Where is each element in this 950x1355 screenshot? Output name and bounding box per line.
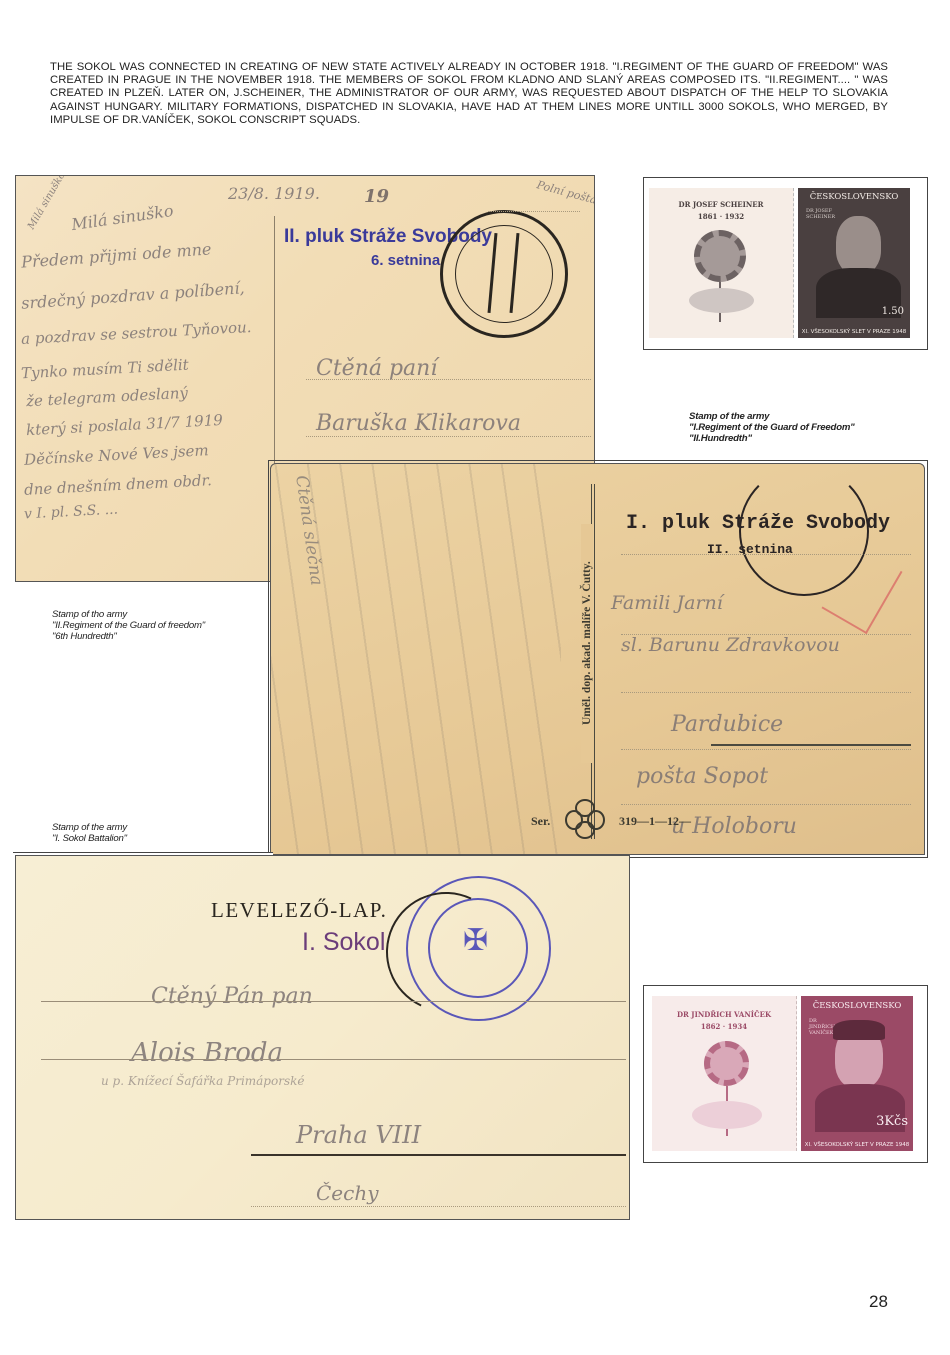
army-stamp-line1: I. Sokol (302, 928, 385, 957)
address-line: u p. Knížecí Šafářka Primáporské (101, 1074, 304, 1088)
message-line: srdečný pozdrav a políbení, (21, 278, 246, 313)
message-line: Předem přijmi ode mne (21, 239, 212, 271)
stamp-jindrich-vanicek: ČESKOSLOVENSKO DR JINDŘICH VANÍČEK 3Kčs … (801, 996, 913, 1151)
stamp-tab: DR JOSEF SCHEINER 1861 · 1932 (649, 188, 794, 338)
army-stamp-line2: 6. setnina (371, 252, 440, 269)
postcard-sokol-battalion: LEVELEZŐ-LAP. I. Sokol ✠ Ctěný Pán pan A… (15, 855, 630, 1220)
stamp-frame-vanicek: DR JINDŘICH VANÍČEK 1862 · 1934 ČESKOSLO… (643, 985, 928, 1163)
address-line: Praha VIII (296, 1121, 421, 1149)
printer-credit: Uměl. dop. akad. malíře V. Čutty. (581, 524, 593, 763)
address-line: Ctěný Pán pan (151, 984, 313, 1009)
cloverleaf-logo-icon (565, 799, 605, 839)
caption-sokol-battalion: Stamp of the army "I. Sokol Battalion" (52, 822, 127, 844)
postcard-i-regiment: Ctěná slečna Uměl. dop. akad. malíře V. … (270, 463, 925, 855)
stamp-tab: DR JINDŘICH VANÍČEK 1862 · 1934 (652, 996, 797, 1151)
caption-i-regiment: Stamp of the army "I.Regiment of the Gua… (689, 411, 855, 444)
stamp-frame-scheiner: DR JOSEF SCHEINER 1861 · 1932 ČESKOSLOVE… (643, 177, 928, 350)
corner-note: Polní pošta (535, 178, 595, 206)
series-label: Ser. (531, 814, 550, 829)
intro-paragraph: THE SOKOL WAS CONNECTED IN CREATING OF N… (50, 61, 888, 127)
message-line: v I. pl. S.S. ... (24, 502, 119, 523)
address-line: pošta Sopot (636, 764, 768, 789)
address-line: Pardubice (671, 712, 783, 737)
message-line: Milá sinuško (70, 201, 174, 234)
sunflower-icon (704, 1041, 749, 1086)
address-line: Čechy (316, 1181, 379, 1205)
address-line: Alois Broda (131, 1038, 283, 1068)
series-number: 319—1—12— (619, 814, 691, 829)
message-line: Děčínske Nové Ves jsem (24, 441, 209, 469)
page-number: 28 (869, 1292, 888, 1312)
card-header: LEVELEZŐ-LAP. (211, 898, 387, 923)
address-line: Famili Jarní (611, 592, 723, 614)
postmark (440, 210, 568, 338)
pencil-number: 19 (364, 186, 389, 207)
caption-ii-regiment: Stamp of tho army "II.Regiment of the Gu… (52, 609, 205, 642)
address-line: Baruška Klikarova (316, 411, 521, 436)
address-line: Ctěná paní (316, 356, 437, 381)
message-line: a pozdrav se sestrou Tyňovou. (21, 318, 252, 348)
message-line: který si poslala 31/7 1919 (26, 411, 224, 439)
message-line: že telegram odeslaný (26, 384, 189, 410)
stamp-josef-scheiner: ČESKOSLOVENSKO DR JOSEF SCHEINER 1.50 XI… (798, 188, 910, 338)
portrait-icon (836, 216, 881, 274)
postcard-date: 23/8. 1919. (228, 184, 320, 203)
handwritten-message (271, 464, 561, 855)
sunflower-icon (694, 230, 746, 282)
address-line: sl. Barunu Zdravkovou (621, 634, 840, 656)
margin-note: Milá sinuško (26, 175, 68, 232)
message-line: dne dnešním dnem obdr. (24, 471, 213, 499)
message-line: Tynko musím Ti sdělit (21, 356, 189, 383)
